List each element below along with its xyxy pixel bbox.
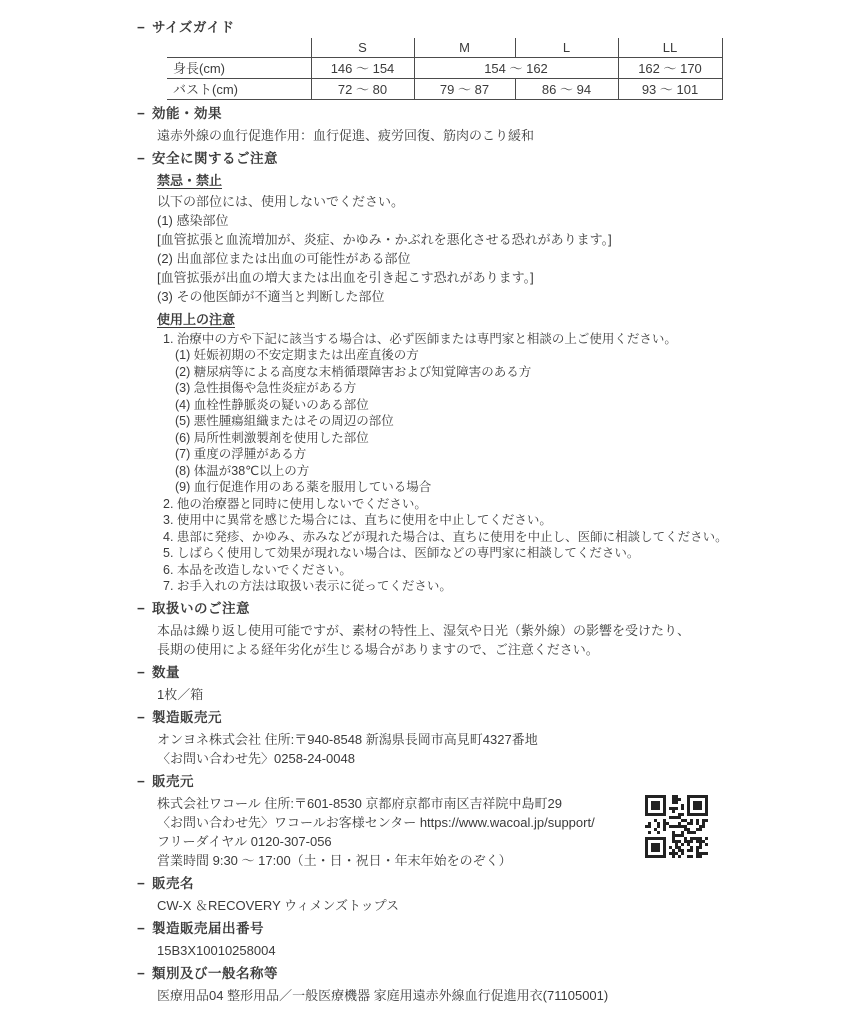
distributor-line: フリーダイヤル 0120-307-056 bbox=[157, 832, 813, 851]
usage-subitem: (5) 悪性腫瘍組織またはその周辺の部位 bbox=[163, 413, 813, 430]
section-bullet: − bbox=[137, 665, 145, 681]
manufacturer-title: 製造販売元 bbox=[152, 710, 813, 726]
usage-subitem: (4) 血栓性静脈炎の疑いのある部位 bbox=[163, 397, 813, 414]
usage-subitem: (9) 血行促進作用のある薬を服用している場合 bbox=[163, 479, 813, 496]
size-col-header-l: L bbox=[515, 38, 618, 57]
contraindication-intro: 以下の部位には、使用しないでください。 bbox=[157, 192, 813, 211]
usage-item: 5. しばらく使用して効果が現れない場合は、医師などの専門家に相談してください。 bbox=[163, 545, 813, 562]
bust-cell-ll: 93 ～ 101 bbox=[618, 78, 722, 99]
section-bullet: − bbox=[137, 106, 145, 122]
section-bullet: − bbox=[137, 774, 145, 790]
distributor-title: 販売元 bbox=[152, 774, 813, 790]
usage-subitem: (1) 妊娠初期の不安定期または出産直後の方 bbox=[163, 347, 813, 364]
section-bullet: − bbox=[137, 921, 145, 937]
contraindication-heading: 禁忌・禁止 bbox=[152, 173, 813, 189]
height-row: 身長(cm) 146 ～ 154 154 ～ 162 162 ～ 170 bbox=[167, 57, 722, 78]
section-distributor: − 販売元 株式会社ワコール 住所:〒601-8530 京都府京都市南区吉祥院中… bbox=[137, 774, 813, 870]
notification-number-body: 15B3X10010258004 bbox=[157, 941, 813, 960]
bust-row: バスト(cm) 72 ～ 80 79 ～ 87 86 ～ 94 93 ～ 101 bbox=[167, 78, 722, 99]
size-guide-title: サイズガイド bbox=[152, 20, 813, 36]
contraindication-body: 以下の部位には、使用しないでください。 (1) 感染部位 [血管拡張と血流増加が… bbox=[152, 192, 813, 306]
section-quantity: − 数量 1枚／箱 bbox=[137, 665, 813, 704]
handling-line: 本品は繰り返し使用可能ですが、素材の特性上、湿気や日光（紫外線）の影響を受けたり… bbox=[157, 621, 813, 640]
contraindication-line: (3) その他医師が不適当と判断した部位 bbox=[157, 287, 813, 306]
height-row-label: 身長(cm) bbox=[167, 57, 311, 78]
efficacy-body: 遠赤外線の血行促進作用：血行促進、疲労回復、筋肉のこり緩和 bbox=[157, 126, 813, 145]
size-col-header-m: M bbox=[414, 38, 515, 57]
usage-item: 7. お手入れの方法は取扱い表示に従ってください。 bbox=[163, 578, 813, 595]
usage-item: 4. 患部に発疹、かゆみ、赤みなどが現れた場合は、直ちに使用を中止し、医師に相談… bbox=[163, 529, 813, 546]
section-notification-number: − 製造販売届出番号 15B3X10010258004 bbox=[137, 921, 813, 960]
section-product-name: − 販売名 CW-X ＆RECOVERY ウィメンズトップス bbox=[137, 876, 813, 915]
qr-code-icon bbox=[645, 795, 708, 858]
usage-subitem: (8) 体温が38℃以上の方 bbox=[163, 463, 813, 480]
distributor-line: 営業時間 9:30 ～ 17:00（土・日・祝日・年末年始をのぞく） bbox=[157, 851, 813, 870]
size-col-header-s: S bbox=[311, 38, 414, 57]
bust-cell-s: 72 ～ 80 bbox=[311, 78, 414, 99]
quantity-body: 1枚／箱 bbox=[157, 685, 813, 704]
height-cell-ll: 162 ～ 170 bbox=[618, 57, 722, 78]
height-cell-m-l: 154 ～ 162 bbox=[414, 57, 618, 78]
contraindication-line: (1) 感染部位 bbox=[157, 211, 813, 230]
usage-subitem: (7) 重度の浮腫がある方 bbox=[163, 446, 813, 463]
section-size-guide: − サイズガイド S M L LL 身長(cm) 146 ～ 154 154 ～… bbox=[137, 20, 813, 100]
notification-number-title: 製造販売届出番号 bbox=[152, 921, 813, 937]
contraindication-line: (2) 出血部位または出血の可能性がある部位 bbox=[157, 249, 813, 268]
bust-cell-l: 86 ～ 94 bbox=[515, 78, 618, 99]
usage-item: 6. 本品を改造しないでください。 bbox=[163, 562, 813, 579]
distributor-line: 〈お問い合わせ先〉ワコールお客様センター https://www.wacoal.… bbox=[157, 813, 813, 832]
contraindication-line: [血管拡張と血流増加が、炎症、かゆみ・かぶれを悪化させる恐れがあります。] bbox=[157, 230, 813, 249]
manufacturer-line: オンヨネ株式会社 住所:〒940-8548 新潟県長岡市高見町4327番地 bbox=[157, 730, 813, 749]
section-bullet: − bbox=[137, 966, 145, 982]
usage-item: 3. 使用中に異常を感じた場合には、直ちに使用を中止してください。 bbox=[163, 512, 813, 529]
size-table-header-row: S M L LL bbox=[167, 38, 722, 57]
section-bullet: − bbox=[137, 710, 145, 726]
section-efficacy: − 効能・効果 遠赤外線の血行促進作用：血行促進、疲労回復、筋肉のこり緩和 bbox=[137, 106, 813, 145]
usage-item: 1. 治療中の方や下記に該当する場合は、必ず医師または専門家と相談の上ご使用くだ… bbox=[163, 331, 813, 348]
safety-title: 安全に関するご注意 bbox=[152, 151, 813, 167]
handling-title: 取扱いのご注意 bbox=[152, 601, 813, 617]
product-name-title: 販売名 bbox=[152, 876, 813, 892]
section-bullet: − bbox=[137, 20, 145, 36]
usage-heading: 使用上の注意 bbox=[152, 312, 813, 328]
size-guide-table: S M L LL 身長(cm) 146 ～ 154 154 ～ 162 162 … bbox=[167, 38, 723, 100]
classification-title: 類別及び一般名称等 bbox=[152, 966, 813, 982]
usage-subitem: (3) 急性損傷や急性炎症がある方 bbox=[163, 380, 813, 397]
size-table-corner-cell bbox=[167, 38, 311, 57]
section-handling: − 取扱いのご注意 本品は繰り返し使用可能ですが、素材の特性上、湿気や日光（紫外… bbox=[137, 601, 813, 659]
height-cell-s: 146 ～ 154 bbox=[311, 57, 414, 78]
section-bullet: − bbox=[137, 876, 145, 892]
usage-item: 2. 他の治療器と同時に使用しないでください。 bbox=[163, 496, 813, 513]
section-bullet: − bbox=[137, 601, 145, 617]
section-bullet: − bbox=[137, 151, 145, 167]
manufacturer-line: 〈お問い合わせ先〉0258-24-0048 bbox=[157, 749, 813, 768]
document-page: − サイズガイド S M L LL 身長(cm) 146 ～ 154 154 ～… bbox=[0, 0, 853, 1005]
contraindication-line: [血管拡張が出血の増大または出血を引き起こす恐れがあります。] bbox=[157, 268, 813, 287]
classification-body: 医療用品04 整形用品／一般医療機器 家庭用遠赤外線血行促進用衣(7110500… bbox=[157, 986, 813, 1005]
bust-row-label: バスト(cm) bbox=[167, 78, 311, 99]
quantity-title: 数量 bbox=[152, 665, 813, 681]
usage-subitem: (6) 局所性刺激製剤を使用した部位 bbox=[163, 430, 813, 447]
distributor-line: 株式会社ワコール 住所:〒601-8530 京都府京都市南区吉祥院中島町29 bbox=[157, 794, 813, 813]
bust-cell-m: 79 ～ 87 bbox=[414, 78, 515, 99]
handling-line: 長期の使用による経年劣化が生じる場合がありますので、ご注意ください。 bbox=[157, 640, 813, 659]
section-classification: − 類別及び一般名称等 医療用品04 整形用品／一般医療機器 家庭用遠赤外線血行… bbox=[137, 966, 813, 1005]
usage-subitem: (2) 糖尿病等による高度な末梢循環障害および知覚障害のある方 bbox=[163, 364, 813, 381]
section-safety: − 安全に関するご注意 禁忌・禁止 以下の部位には、使用しないでください。 (1… bbox=[137, 151, 813, 595]
size-col-header-ll: LL bbox=[618, 38, 722, 57]
section-manufacturer: − 製造販売元 オンヨネ株式会社 住所:〒940-8548 新潟県長岡市高見町4… bbox=[137, 710, 813, 768]
efficacy-title: 効能・効果 bbox=[152, 106, 813, 122]
usage-list: 1. 治療中の方や下記に該当する場合は、必ず医師または専門家と相談の上ご使用くだ… bbox=[152, 331, 813, 595]
product-name-body: CW-X ＆RECOVERY ウィメンズトップス bbox=[157, 896, 813, 915]
